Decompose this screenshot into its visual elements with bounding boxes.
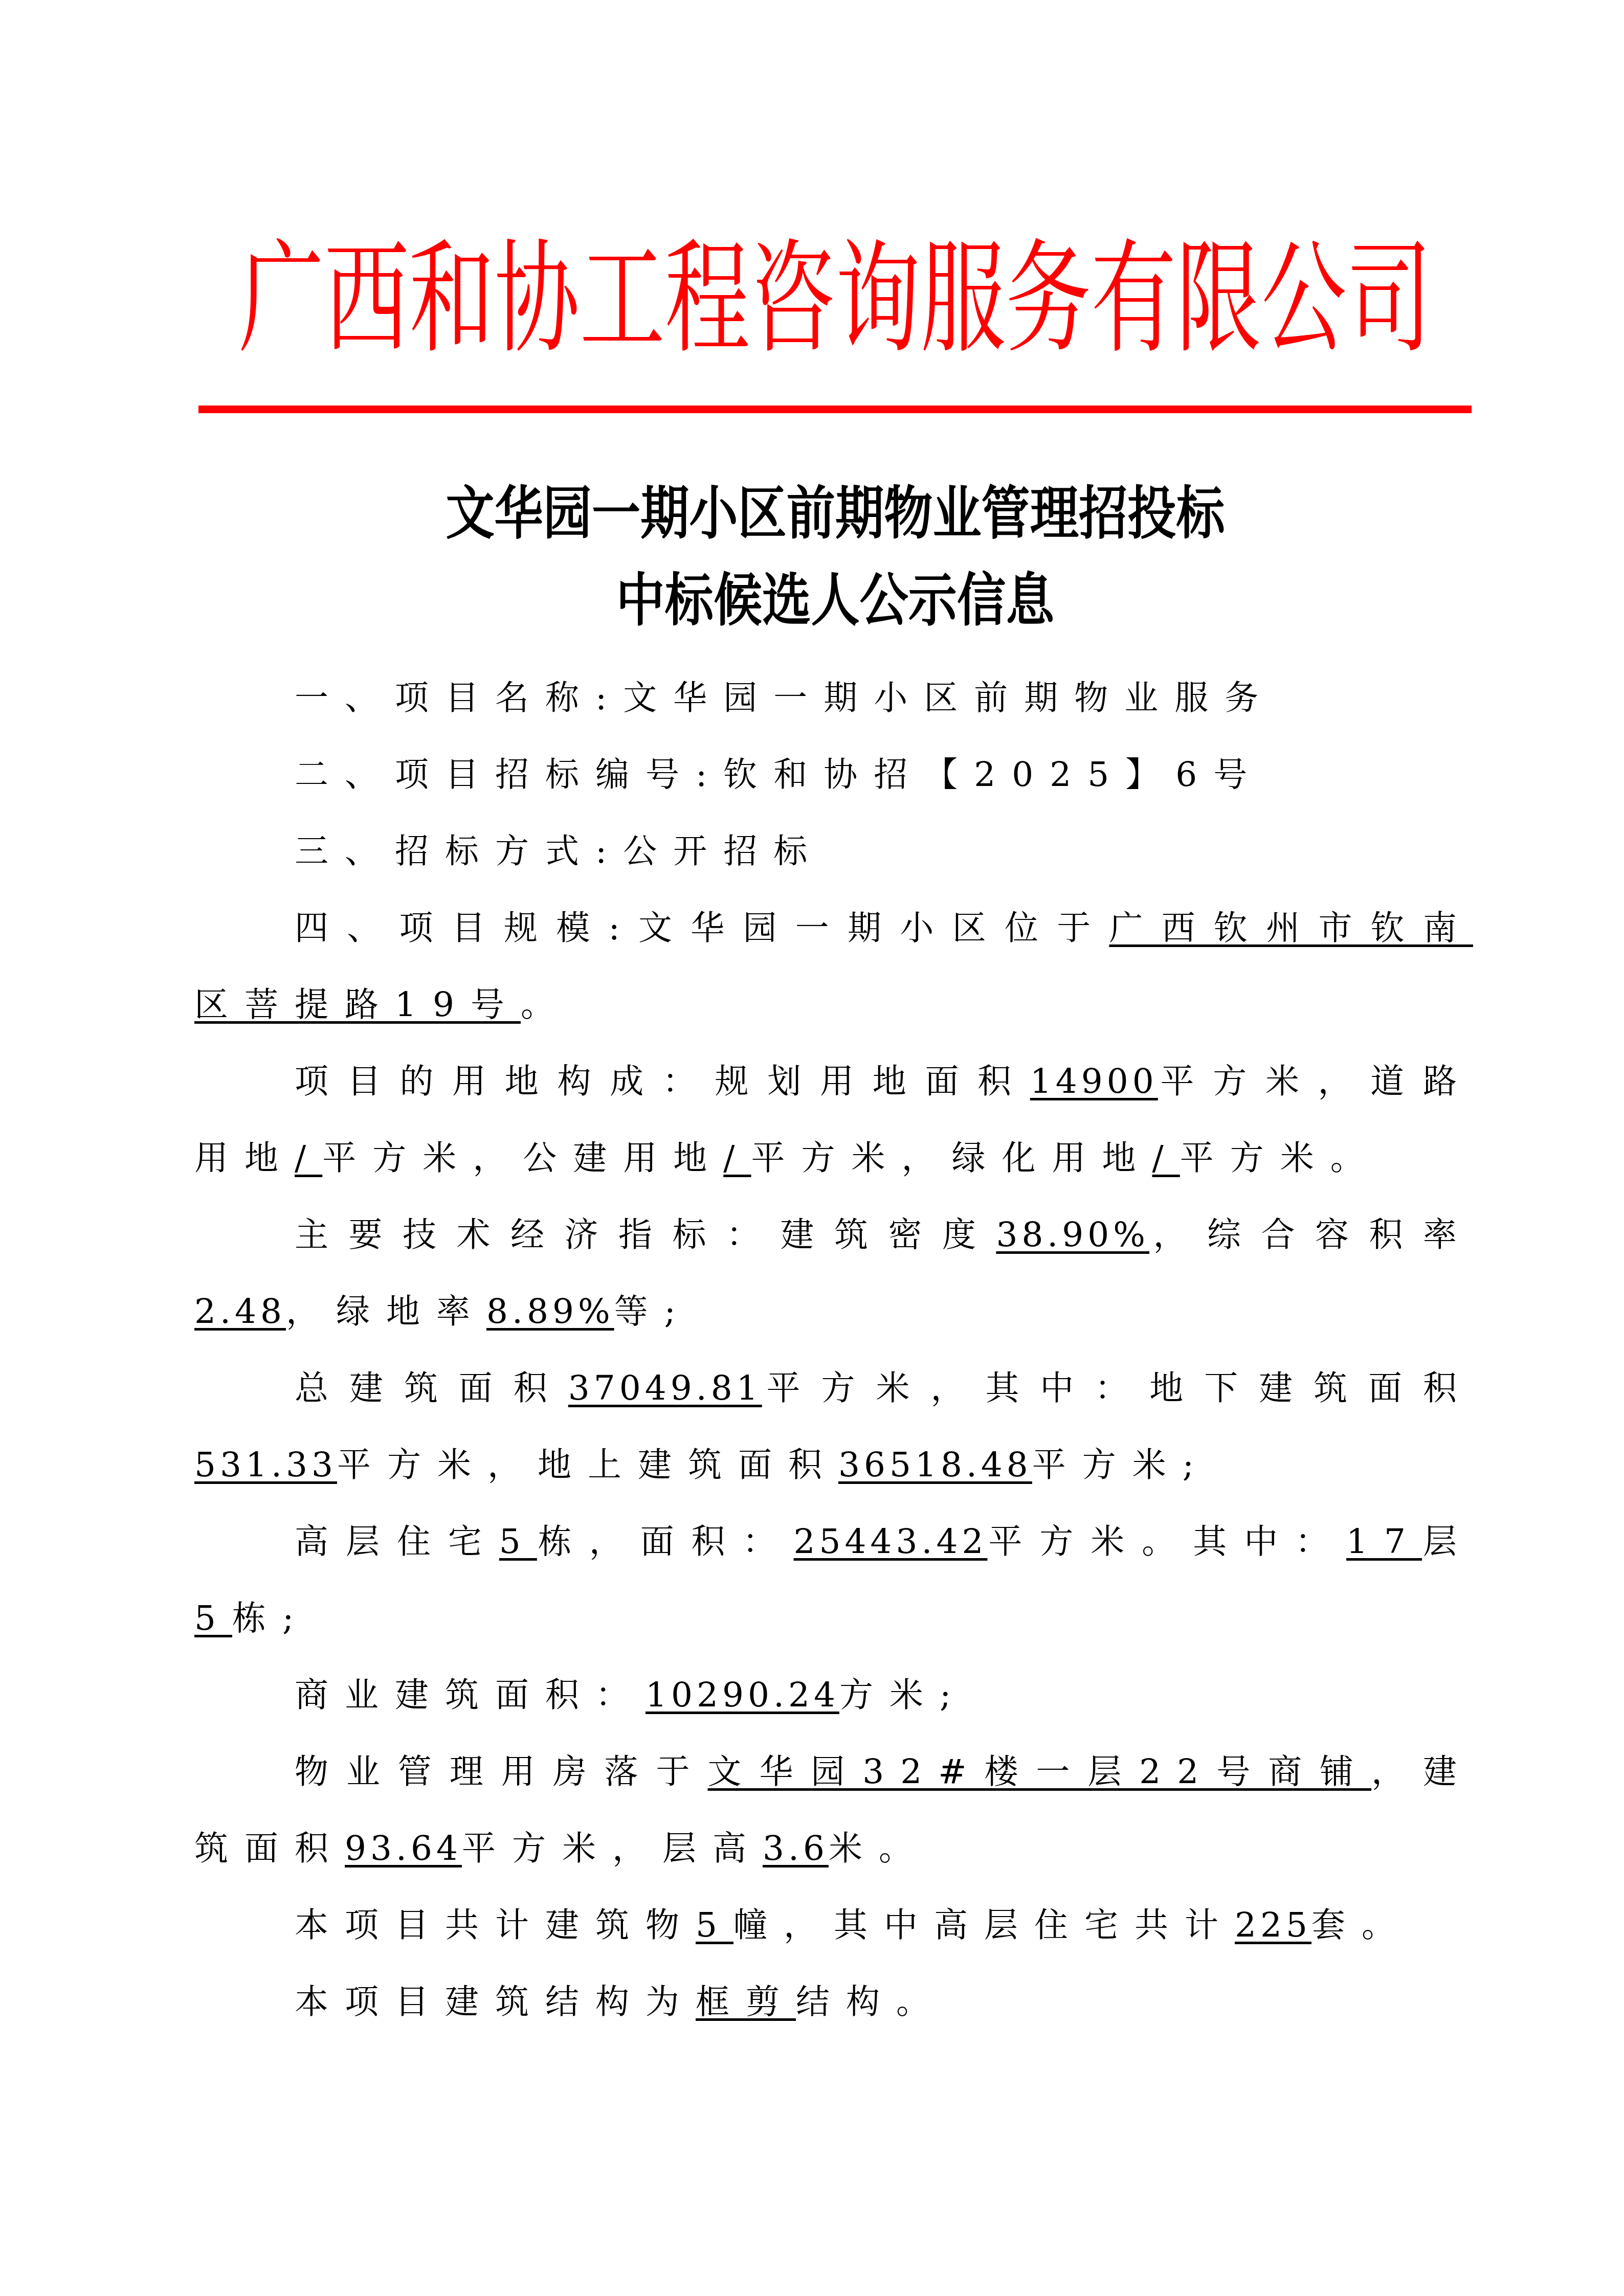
structure-type: 框剪	[696, 1982, 796, 2021]
text: 平方米，公建用地	[322, 1138, 723, 1178]
text: 栋;	[232, 1599, 310, 1638]
management-room-location: 文华园32#楼一层22号商铺	[708, 1752, 1372, 1791]
buildings-total-paragraph: 本项目共计建筑物5幢，其中高层住宅共计225套。	[194, 1887, 1473, 1964]
residential-area: 25443.42	[794, 1522, 988, 1561]
commercial-area: 10290.24	[646, 1675, 839, 1715]
section-bid-number: 二、项目招标编号:钦和协招【2025】6号	[194, 736, 1473, 813]
section-bid-method: 三、招标方式:公开招标	[194, 813, 1473, 890]
label: 三、招标方式:	[295, 831, 623, 871]
above-ground-floor-area: 36518.48	[838, 1445, 1032, 1484]
document-title-line-1: 文华园一期小区前期物业管理招投标	[198, 481, 1472, 547]
text: ，绿地率	[286, 1292, 486, 1331]
text: 米。	[829, 1829, 929, 1868]
residential-buildings: 5	[499, 1522, 537, 1561]
text: 栋，面积：	[537, 1522, 794, 1561]
letterhead-divider	[198, 406, 1472, 413]
label: 二、项目招标编号:	[295, 755, 723, 794]
text: 平方米，其中：地下建筑面积	[762, 1368, 1473, 1408]
title-text-2: 中标候选人公示信息	[616, 568, 1054, 634]
text: 结构。	[796, 1982, 946, 2021]
label: 一、项目名称:	[295, 678, 623, 717]
plot-ratio: 2.48	[194, 1292, 286, 1331]
section-project-scale: 四、项目规模:文华园一期小区位于广西钦州市钦南区菩提路19号。	[194, 890, 1473, 1043]
text: 平方米。其中：	[987, 1522, 1346, 1561]
green-land-area: /	[1152, 1138, 1180, 1178]
floor-area-paragraph: 总建筑面积37049.81平方米，其中：地下建筑面积531.33平方米，地上建筑…	[194, 1350, 1473, 1503]
letterhead: 广西和协工程咨询服务有限公司	[198, 233, 1472, 366]
building-count: 5	[696, 1905, 733, 1945]
section-project-name: 一、项目名称:文华园一期小区前期物业服务	[194, 660, 1473, 736]
text: 。	[521, 985, 571, 1024]
structure-paragraph: 本项目建筑结构为框剪结构。	[194, 1964, 1473, 2040]
value: 钦和协招【2025】6号	[723, 755, 1263, 794]
text: 等;	[614, 1292, 692, 1331]
text: 物业管理用房落于	[295, 1752, 708, 1791]
land-use-paragraph: 项目的用地构成：规划用地面积14900平方米，道路用地/平方米，公建用地/平方米…	[194, 1043, 1473, 1197]
planned-land-area: 14900	[1030, 1062, 1158, 1101]
text: 项目的用地构成：规划用地面积	[295, 1062, 1030, 1101]
text: 主要技术经济指标：建筑密度	[295, 1215, 996, 1254]
text: 层	[1422, 1522, 1473, 1561]
text: 套。	[1311, 1905, 1412, 1945]
residential-units: 225	[1235, 1905, 1311, 1945]
text: 幢，其中高层住宅共计	[733, 1905, 1235, 1945]
residential-paragraph: 高层住宅5栋，面积：25443.42平方米。其中：17层5栋;	[194, 1503, 1473, 1657]
text: 平方米;	[1032, 1445, 1210, 1484]
underground-floor-area: 531.33	[194, 1445, 337, 1484]
public-land-area: /	[723, 1138, 751, 1178]
road-land-area: /	[295, 1138, 322, 1178]
text: 方米;	[839, 1675, 967, 1715]
management-room-paragraph: 物业管理用房落于文华园32#楼一层22号商铺，建筑面积93.64平方米，层高3.…	[194, 1734, 1473, 1887]
residential-floors: 17	[1346, 1522, 1422, 1561]
value: 文华园一期小区前期物业服务	[623, 678, 1275, 717]
text: 文华园一期小区位于	[636, 908, 1109, 948]
document-body: 一、项目名称:文华园一期小区前期物业服务 二、项目招标编号:钦和协招【2025】…	[194, 660, 1473, 2040]
company-name: 广西和协工程咨询服务有限公司	[238, 238, 1431, 360]
commercial-paragraph: 商业建筑面积：10290.24方米;	[194, 1657, 1473, 1734]
text: 商业建筑面积：	[295, 1675, 646, 1715]
text: 平方米，层高	[462, 1829, 763, 1868]
label: 四、项目规模:	[295, 908, 636, 948]
text: 本项目建筑结构为	[295, 1982, 696, 2021]
text: 高层住宅	[295, 1522, 499, 1561]
text: 平方米，绿化用地	[751, 1138, 1152, 1178]
text: 本项目共计建筑物	[295, 1905, 696, 1945]
value: 公开招标	[623, 831, 824, 871]
text: ，综合容积率	[1149, 1215, 1473, 1254]
residential-floor-buildings: 5	[194, 1599, 232, 1638]
building-density: 38.90%	[996, 1215, 1149, 1254]
total-floor-area: 37049.81	[568, 1368, 762, 1408]
management-room-height: 3.6	[763, 1829, 829, 1868]
title-text-1: 文华园一期小区前期物业管理招投标	[446, 481, 1225, 547]
indicators-paragraph: 主要技术经济指标：建筑密度38.90%，综合容积率2.48，绿地率8.89%等;	[194, 1197, 1473, 1350]
document-title-line-2: 中标候选人公示信息	[198, 568, 1472, 634]
management-room-area: 93.64	[345, 1829, 462, 1868]
text: 平方米。	[1180, 1138, 1381, 1178]
text: 总建筑面积	[295, 1368, 568, 1408]
text: 平方米，地上建筑面积	[337, 1445, 838, 1484]
green-ratio: 8.89%	[486, 1292, 614, 1331]
